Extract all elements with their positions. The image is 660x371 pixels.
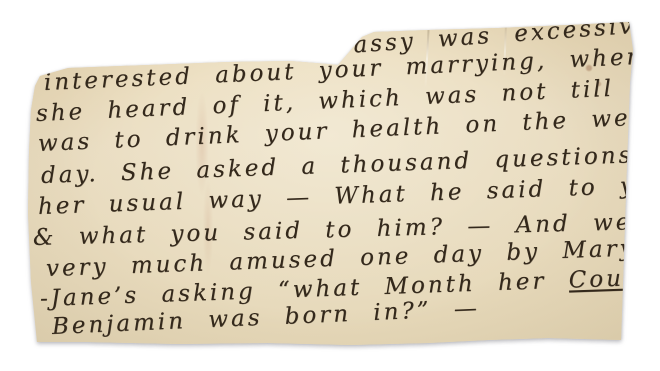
photo-background: Cassy was excessively interested about y…: [0, 0, 660, 371]
underlined-word: [646, 235, 647, 261]
underlined-word: [644, 44, 645, 70]
line-text: [646, 235, 647, 261]
underlined-word: Cousin: [568, 264, 660, 293]
letter-fragment: Cassy was excessively interested about y…: [28, 22, 633, 347]
letter-paper: Cassy was excessively interested about y…: [28, 22, 633, 347]
line-text: [644, 44, 645, 70]
